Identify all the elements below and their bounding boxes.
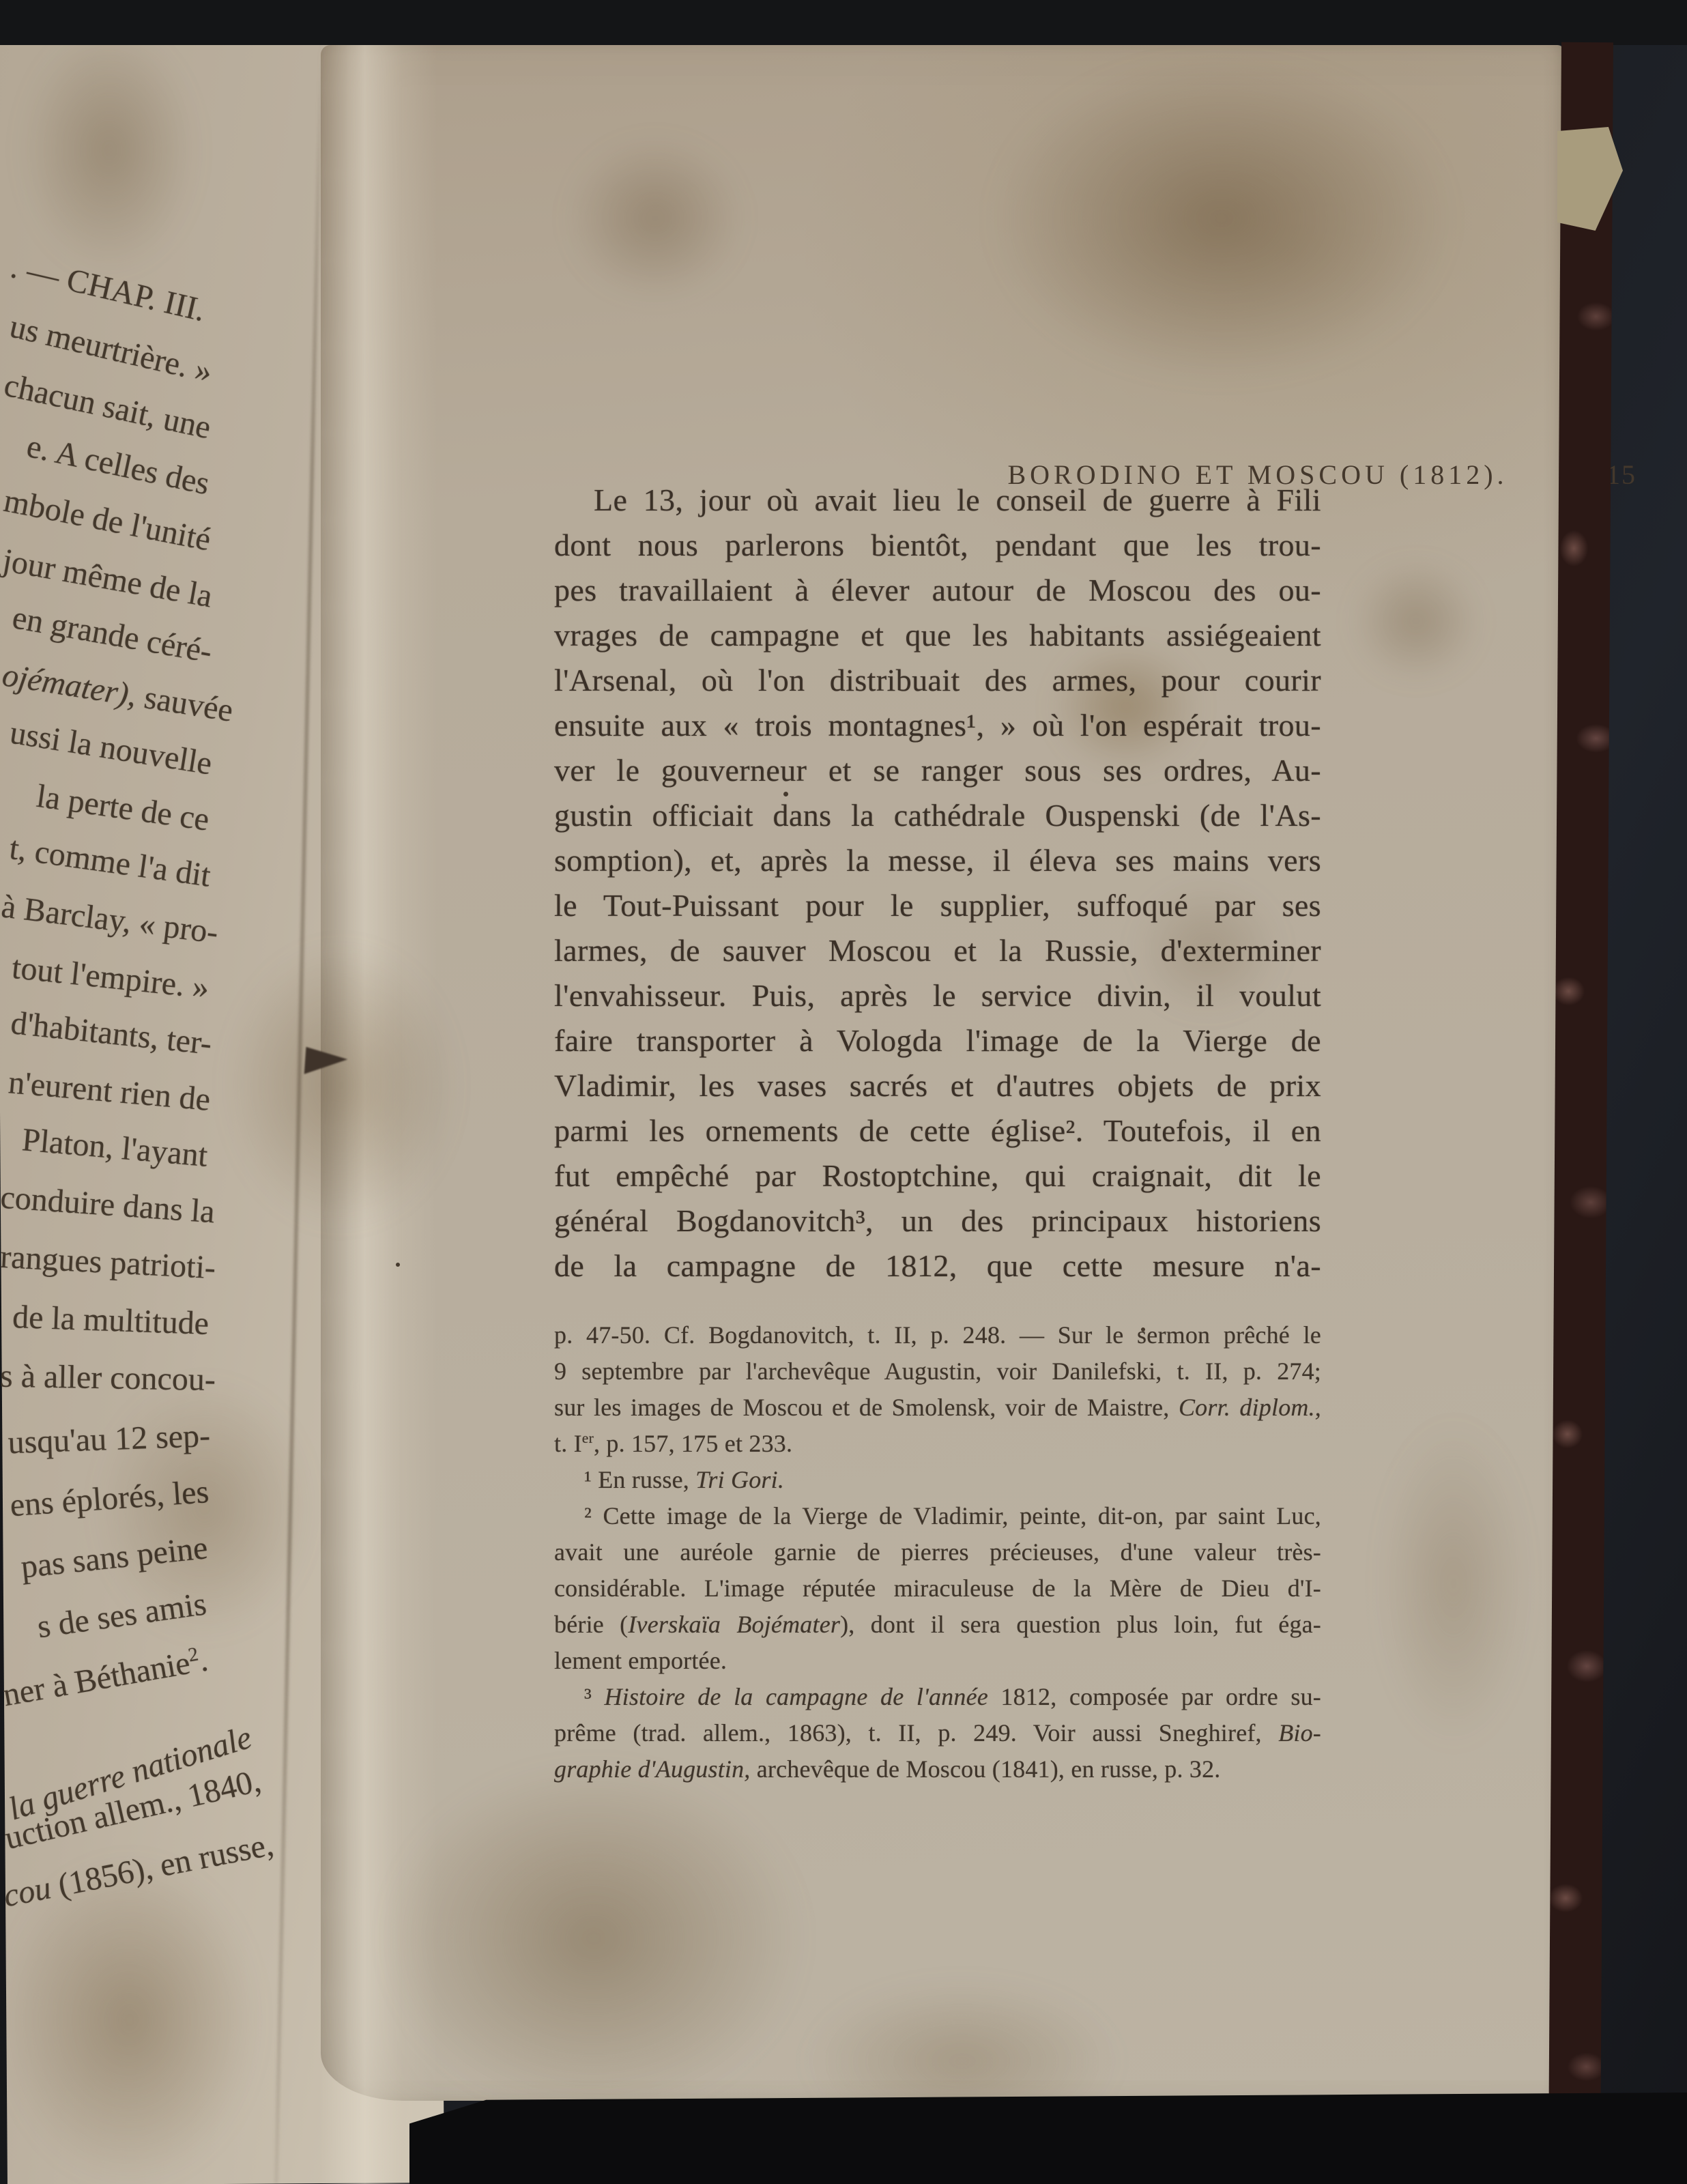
body-line: de la campagne de 1812, que cette mesure… xyxy=(554,1244,1321,1289)
footnote-line: ³ Histoire de la campagne de l'année 181… xyxy=(554,1679,1321,1715)
body-line: l'envahisseur. Puis, après le service di… xyxy=(554,973,1321,1018)
body-text: Le 13, jour où avait lieu le conseil de … xyxy=(554,478,1321,1289)
footnote-line: ¹ En russe, Tri Gori. xyxy=(554,1462,1321,1498)
body-line: pes travaillaient à élever autour de Mos… xyxy=(554,568,1321,613)
body-line: Vladimir, les vases sacrés et d'autres o… xyxy=(554,1063,1321,1108)
body-line: gustin officiait dans la cathédrale Ousp… xyxy=(554,793,1321,838)
footnote-line: avait une auréole garnie de pierres préc… xyxy=(554,1534,1321,1570)
body-line: Le 13, jour où avait lieu le conseil de … xyxy=(554,478,1321,523)
footnote-line: bérie (Iverskaïa Bojémater), dont il ser… xyxy=(554,1607,1321,1643)
footnote-line: considérable. L'image réputée miraculeus… xyxy=(554,1570,1321,1607)
body-line: dont nous parlerons bientôt, pendant que… xyxy=(554,523,1321,568)
footnote-line: graphie d'Augustin, archevêque de Moscou… xyxy=(554,1751,1321,1787)
left-page-text-fragment: de la multitude xyxy=(0,1299,210,1342)
footnote-line: 9 septembre par l'archevêque Augustin, v… xyxy=(554,1353,1321,1390)
body-line: ensuite aux « trois montagnes¹, » où l'o… xyxy=(554,703,1321,748)
body-line: fut empêché par Rostoptchine, qui craign… xyxy=(554,1153,1321,1198)
page-marker xyxy=(304,1047,349,1077)
left-page-text-fragment: s à aller concou- xyxy=(0,1359,212,1398)
body-line: le Tout-Puissant pour le supplier, suffo… xyxy=(554,883,1321,928)
footnote-line: p. 47-50. Cf. Bogdanovitch, t. II, p. 24… xyxy=(554,1317,1321,1353)
body-line: faire transporter à Vologda l'image de l… xyxy=(554,1018,1321,1063)
body-line: parmi les ornements de cette église². To… xyxy=(554,1108,1321,1153)
body-line: l'Arsenal, où l'on distribuait des armes… xyxy=(554,658,1321,703)
body-line: larmes, de sauver Moscou et la Russie, d… xyxy=(554,928,1321,973)
footnotes: p. 47-50. Cf. Bogdanovitch, t. II, p. 24… xyxy=(554,1317,1321,1787)
footnote-line: t. Ier, p. 157, 175 et 233. xyxy=(554,1426,1321,1462)
footnote-line: sur les images de Moscou et de Smolensk,… xyxy=(554,1390,1321,1426)
body-line: ver le gouverneur et se ranger sous ses … xyxy=(554,748,1321,793)
photo-background-top xyxy=(0,0,1687,45)
footnote-line: prême (trad. allem., 1863), t. II, p. 24… xyxy=(554,1715,1321,1751)
ink-speck xyxy=(396,1263,400,1267)
book-photo: BORODINO ET MOSCOU (1812). 115 Le 13, jo… xyxy=(0,0,1687,2184)
footnote-line: ² Cette image de la Vierge de Vladimir, … xyxy=(554,1498,1321,1534)
photo-background-bottom xyxy=(409,2093,1687,2184)
footnote-line: lement emportée. xyxy=(554,1643,1321,1679)
body-line: vrages de campagne et que les habitants … xyxy=(554,613,1321,658)
ink-speck xyxy=(1141,1327,1145,1332)
body-line: somption), et, après la messe, il éleva … xyxy=(554,838,1321,883)
ink-speck xyxy=(783,792,788,796)
page-block-edge xyxy=(1557,127,1623,231)
body-line: général Bogdanovitch³, un des principaux… xyxy=(554,1198,1321,1244)
left-page-text-fragment: usqu'au 12 sep- xyxy=(0,1418,211,1461)
